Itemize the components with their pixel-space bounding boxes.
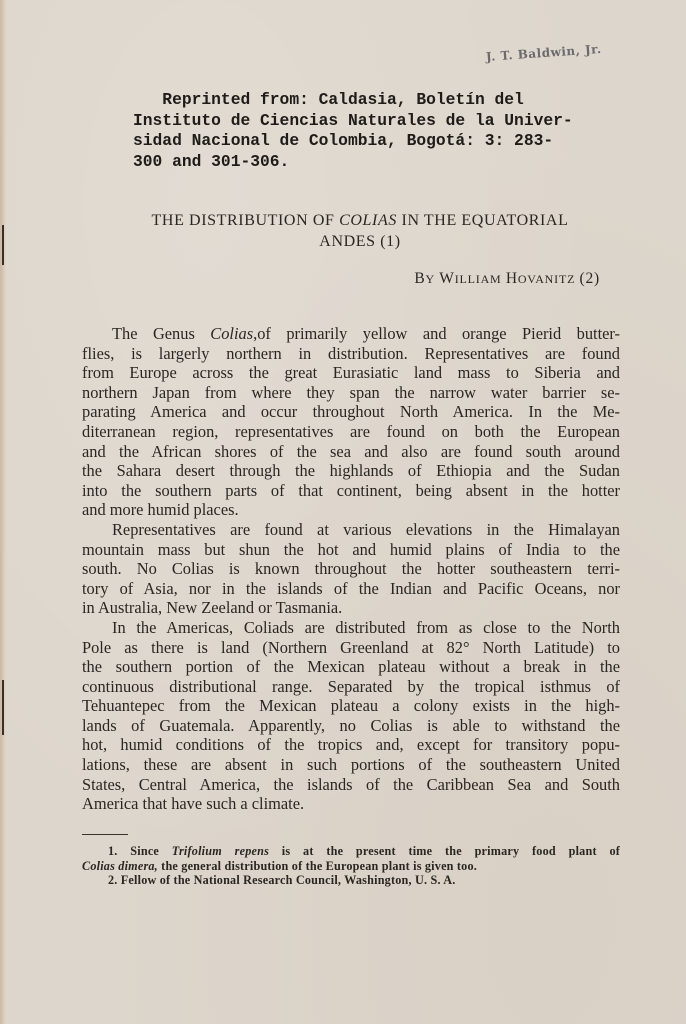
paragraph-3-line: States, Central America, the islands of …: [82, 775, 620, 795]
page-edge: [0, 0, 6, 1024]
paragraph-3-line: continuous distributional range. Separat…: [82, 677, 620, 697]
reprint-line: Instituto de Ciencias Naturales de la Un…: [133, 111, 573, 132]
paragraph-3-line: In the Americas, Coliads are distributed…: [82, 618, 620, 638]
article-title: THE DISTRIBUTION OF COLIAS IN THE EQUATO…: [110, 210, 610, 252]
paragraph-3-line: lations, these are absent in such portio…: [82, 755, 620, 775]
paragraph-2-line: in Australia, New Zeeland or Tasmania.: [82, 598, 620, 618]
paragraph-1-line: and the African shores of the sea and al…: [82, 442, 620, 462]
paragraph-1-line: parating America and occur throughout No…: [82, 402, 620, 422]
binding-mark: [2, 225, 4, 265]
reprint-line: 300 and 301-306.: [133, 152, 573, 173]
species-name: Trifolium repens: [172, 844, 269, 858]
author-footnote-ref: (2): [580, 270, 600, 287]
genus-name: Colias: [210, 324, 253, 343]
genus-name: COLIAS: [339, 212, 397, 229]
footnotes: 1. Since Trifolium repens is at the pres…: [82, 844, 620, 888]
paragraph-1-line: and more humid places.: [82, 500, 620, 520]
species-name: Colias dimera,: [82, 859, 158, 873]
paragraph-1-line: flies, is largerly northern in distribut…: [82, 344, 620, 364]
binding-mark: [2, 680, 4, 735]
owner-stamp: J. T. Baldwin, Jr.: [486, 42, 602, 64]
paragraph-1-line: diterranean region, representatives are …: [82, 422, 620, 442]
paragraph-3-line: hot, humid conditions of the tropics and…: [82, 735, 620, 755]
paragraph-3-line: the southern portion of the Mexican plat…: [82, 657, 620, 677]
reprint-notice: Reprinted from: Caldasia, Boletín del In…: [133, 90, 573, 172]
paragraph-2-line: tory of Asia, nor in the islands of the …: [82, 579, 620, 599]
paragraph-3-line: America that have such a climate.: [82, 794, 620, 814]
footnote-2: 2. Fellow of the National Research Counc…: [82, 873, 620, 888]
paragraph-1-line: The Genus Colias,of primarily yellow and…: [82, 324, 620, 344]
paragraph-3-line: Tehuantepec from the Mexican plateau a c…: [82, 696, 620, 716]
paragraph-2-line: mountain mass but shun the hot and humid…: [82, 540, 620, 560]
article-body: The Genus Colias,of primarily yellow and…: [82, 324, 620, 814]
footnote-divider: [82, 834, 128, 835]
footnote-1-line: Colias dimera, the general distribution …: [82, 859, 620, 874]
author-byline: By William Hovanitz (2): [400, 270, 600, 288]
paragraph-1-line: from Europe across the great Eurasiatic …: [82, 363, 620, 383]
paragraph-1-line: the Sahara desert through the highlands …: [82, 461, 620, 481]
paragraph-2-line: Representatives are found at various ele…: [82, 520, 620, 540]
paragraph-1-line: into the southern parts of that continen…: [82, 481, 620, 501]
title-line-2: ANDES (1): [110, 231, 610, 252]
paragraph-2-line: south. No Colias is known throughout the…: [82, 559, 620, 579]
reprint-line: sidad Nacional de Colombia, Bogotá: 3: 2…: [133, 131, 573, 152]
footnote-1-line: 1. Since Trifolium repens is at the pres…: [82, 844, 620, 859]
paragraph-3-line: lands of Guatemala. Apparently, no Colia…: [82, 716, 620, 736]
reprint-line: Reprinted from: Caldasia, Boletín del: [133, 90, 573, 111]
paragraph-1-line: northern Japan from where they span the …: [82, 383, 620, 403]
title-line-1: THE DISTRIBUTION OF COLIAS IN THE EQUATO…: [110, 210, 610, 231]
paragraph-3-line: Pole as there is land (Northern Greenlan…: [82, 638, 620, 658]
